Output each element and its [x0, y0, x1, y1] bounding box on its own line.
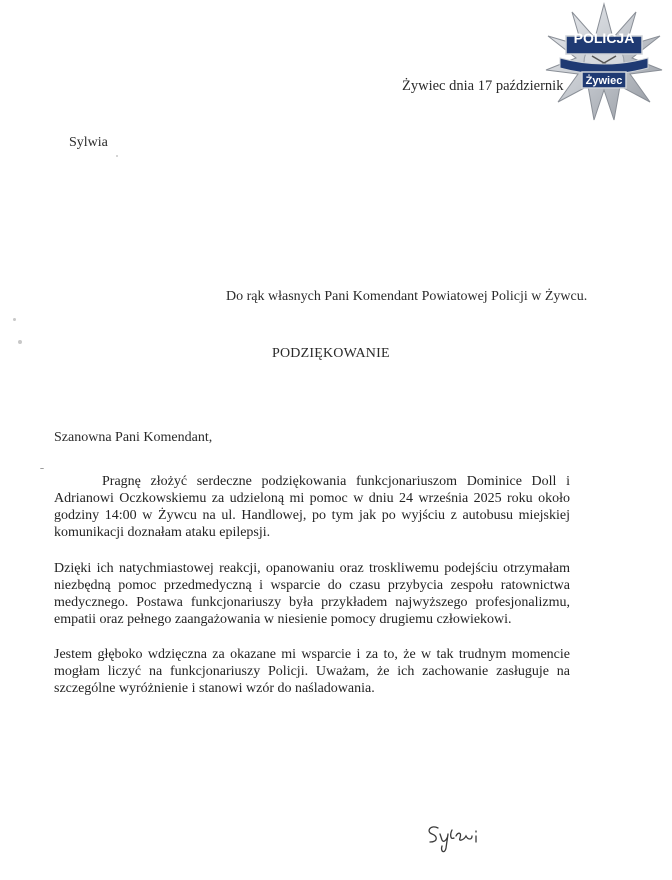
- paragraph-3: Jestem głęboko wdzięczna za okazane mi w…: [54, 646, 570, 697]
- greeting: Szanowna Pani Komendant,: [54, 430, 212, 446]
- date-line: Żywiec dnia 17 październik: [402, 78, 563, 95]
- badge-bottom-text: Żywiec: [586, 74, 623, 87]
- scan-speck: [40, 468, 44, 469]
- police-star-icon: POLICJA Żywiec: [538, 2, 670, 122]
- paragraph-2: Dzięki ich natychmiastowej reakcji, opan…: [54, 560, 570, 628]
- scan-speck: [13, 318, 16, 321]
- scan-speck: [116, 155, 118, 157]
- addressee-line: Do rąk własnych Pani Komendant Powiatowe…: [226, 289, 587, 305]
- police-badge-logo: POLICJA Żywiec: [538, 2, 670, 122]
- signature-scribble-icon: [424, 818, 494, 858]
- scan-speck: [18, 340, 22, 344]
- sender-name: Sylwia: [69, 135, 108, 151]
- badge-top-text: POLICJA: [574, 30, 635, 46]
- handwritten-signature: [424, 818, 494, 858]
- paragraph-1: Pragnę złożyć serdeczne podziękowania fu…: [54, 473, 570, 541]
- letter-title: PODZIĘKOWANIE: [272, 346, 390, 362]
